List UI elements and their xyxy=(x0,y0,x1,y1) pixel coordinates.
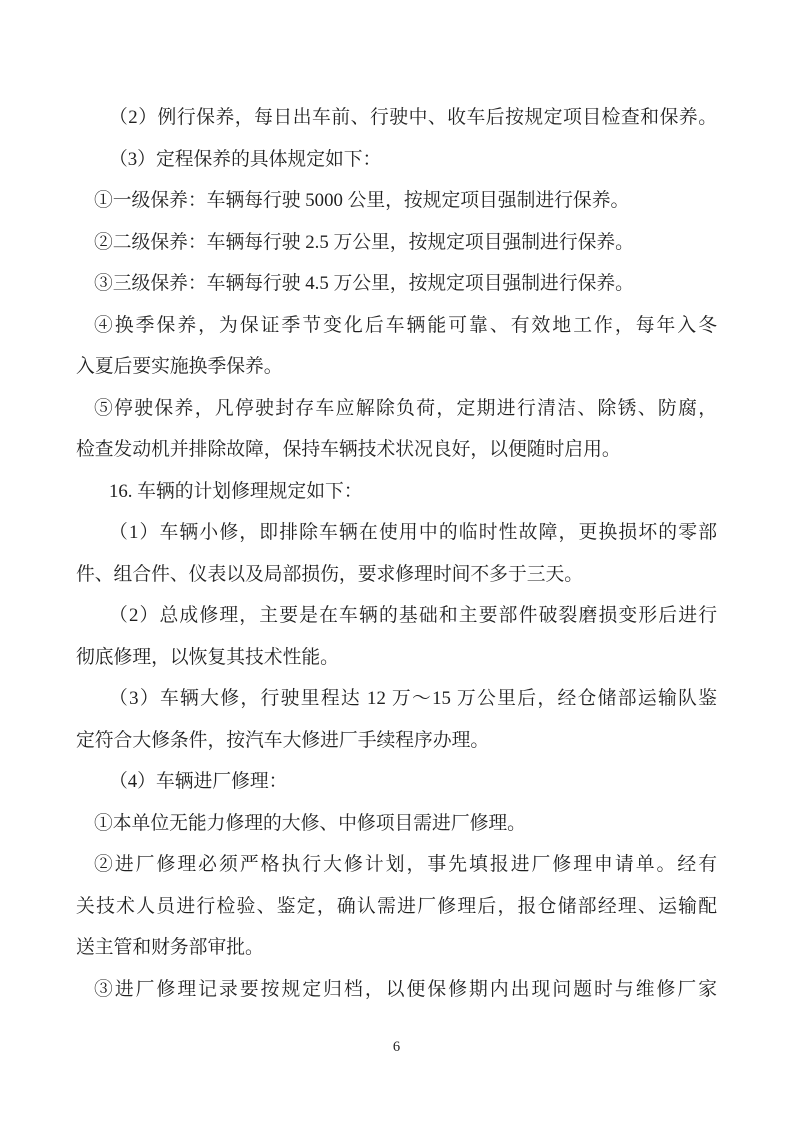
text-line: （1）车辆小修，即排除车辆在使用中的临时性故障，更换损坏的零部 xyxy=(76,512,717,554)
page-body-text: （2）例行保养，每日出车前、行驶中、收车后按规定项目检查和保养。 （3）定程保养… xyxy=(76,97,717,1010)
text-line: （2）例行保养，每日出车前、行驶中、收车后按规定项目检查和保养。 xyxy=(76,97,717,139)
text-line: ②二级保养：车辆每行驶 2.5 万公里，按规定项目强制进行保养。 xyxy=(76,222,717,264)
text-line: 入夏后要实施换季保养。 xyxy=(76,346,717,388)
text-line: （3）定程保养的具体规定如下： xyxy=(76,139,717,181)
text-line: （2）总成修理，主要是在车辆的基础和主要部件破裂磨损变形后进行 xyxy=(76,595,717,637)
text-line: ①本单位无能力修理的大修、中修项目需进厂修理。 xyxy=(76,803,717,845)
text-line: 关技术人员进行检验、鉴定，确认需进厂修理后，报仓储部经理、运输配 xyxy=(76,886,717,928)
text-line: 送主管和财务部审批。 xyxy=(76,927,717,969)
text-line: 定符合大修条件，按汽车大修进厂手续程序办理。 xyxy=(76,720,717,762)
text-line: ③进厂修理记录要按规定归档，以便保修期内出现问题时与维修厂家 xyxy=(76,969,717,1011)
text-line: ③三级保养：车辆每行驶 4.5 万公里，按规定项目强制进行保养。 xyxy=(76,263,717,305)
text-line: 彻底修理，以恢复其技术性能。 xyxy=(76,637,717,679)
text-line: ②进厂修理必须严格执行大修计划，事先填报进厂修理申请单。经有 xyxy=(76,844,717,886)
text-line: ①一级保养：车辆每行驶 5000 公里，按规定项目强制进行保养。 xyxy=(76,180,717,222)
document-page: （2）例行保养，每日出车前、行驶中、收车后按规定项目检查和保养。 （3）定程保养… xyxy=(0,0,793,1122)
text-line: （3）车辆大修，行驶里程达 12 万～15 万公里后，经仓储部运输队鉴 xyxy=(76,678,717,720)
page-number: 6 xyxy=(0,1039,793,1056)
text-line: ④换季保养，为保证季节变化后车辆能可靠、有效地工作，每年入冬 xyxy=(76,305,717,347)
text-line: 件、组合件、仪表以及局部损伤，要求修理时间不多于三天。 xyxy=(76,554,717,596)
text-line: （4）车辆进厂修理： xyxy=(76,761,717,803)
text-line: ⑤停驶保养，凡停驶封存车应解除负荷，定期进行清洁、除锈、防腐， xyxy=(76,388,717,430)
text-line: 检查发动机并排除故障，保持车辆技术状况良好，以便随时启用。 xyxy=(76,429,717,471)
text-line: 16. 车辆的计划修理规定如下： xyxy=(76,471,717,513)
